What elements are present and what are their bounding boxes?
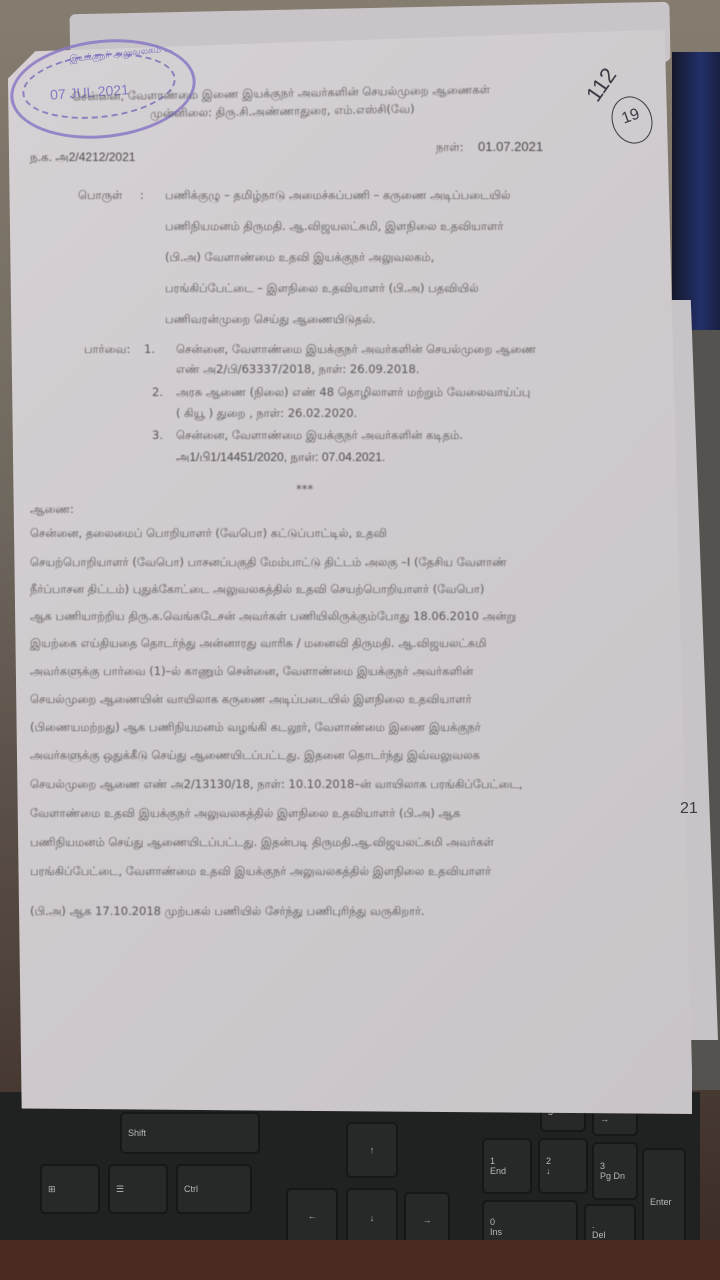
subject-line: பரங்கிப்பேட்டை – இளநிலை உதவியாளர் (பி.அ)… [165, 281, 479, 297]
references-label: பார்வை: [84, 342, 130, 358]
reference-line: அ1/பி1/14451/2020, நாள்: 07.04.2021. [176, 450, 385, 466]
reference-number-1: 1. [144, 342, 155, 356]
date-label: நாள்: [436, 140, 464, 156]
numpad-3-key[interactable]: 3 Pg Dn [592, 1142, 638, 1200]
order-line: செயற்பொறியாளர் (வேபொ) பாசனப்பகுதி மேம்பா… [30, 555, 507, 571]
blue-folder [672, 52, 720, 342]
reference-number: ந.க. அ2/4212/2021 [30, 150, 135, 166]
section-divider: *** [296, 482, 313, 496]
order-line: செயல்முறை ஆணையின் வாயிலாக கருணை அடிப்படை… [30, 692, 472, 708]
subject-line: பணிக்குழு – தமிழ்நாடு அமைச்சுப்பணி – கரு… [165, 188, 511, 204]
arrow-up-key[interactable]: ↑ [346, 1122, 398, 1178]
order-line: வேளாண்மை உதவி இயக்குநர் அலுவலகத்தில் இளந… [30, 806, 460, 822]
order-line: (பிணையமற்றது) ஆக பணிநியமனம் வழங்கி கடலூர… [30, 720, 481, 736]
order-line: (பி.அ) ஆக 17.10.2018 முற்பகல் பணியில் சே… [30, 904, 425, 920]
reference-number-2: 2. [152, 385, 163, 399]
order-label: ஆணை: [30, 502, 74, 518]
order-line: பணிநியமனம் செய்து ஆணையிடப்பட்டது. இதன்பட… [30, 835, 494, 851]
order-line: ஆக பணியாற்றிய திரு.க.வெங்கடேசன் அவர்கள் … [30, 609, 516, 625]
order-line: செயல்முறை ஆணை எண் அ2/13130/18, நாள்: 10.… [30, 777, 522, 793]
windows-key[interactable]: ⊞ [40, 1164, 100, 1214]
numpad-1-key[interactable]: 1 End [482, 1138, 532, 1194]
order-line: அவர்களுக்கு ஒதுக்கீடு செய்து ஆணையிடப்பட்… [30, 748, 480, 764]
order-line: சென்னை, தலைமைப் பொறியாளர் (வேபொ) கட்டுப்… [30, 526, 387, 542]
subject-separator: : [140, 188, 144, 202]
menu-key[interactable]: ☰ [108, 1164, 168, 1214]
order-date: 01.07.2021 [478, 139, 543, 154]
order-line: பரங்கிப்பேட்டை, வேளாண்மை உதவி இயக்குநர் … [30, 864, 491, 880]
reference-number-3: 3. [152, 428, 163, 442]
numpad-2-key[interactable]: 2 ↓ [538, 1138, 588, 1194]
arrow-down-key[interactable]: ↓ [346, 1188, 398, 1248]
reference-line: அரசு ஆணை (நிலை) எண் 48 தொழிலாளர் மற்றும்… [176, 385, 530, 401]
desk-surface [0, 1240, 720, 1280]
subject-line: பணிவரன்முறை செய்து ஆணையிடுதல். [165, 312, 376, 328]
reference-line: எண் அ2/பி/63337/2018, நாள்: 26.09.2018. [176, 362, 419, 378]
ctrl-key[interactable]: Ctrl [176, 1164, 252, 1214]
handwritten-margin-note: 21 [680, 800, 698, 818]
subject-line: பணிநியமனம் திருமதி. ஆ.விஜயலட்சுமி, இளநில… [165, 219, 503, 235]
subject-label: பொருள் [78, 188, 123, 204]
order-line: அவர்களுக்கு பார்வை (1)–ல் காணும் சென்னை,… [30, 664, 473, 680]
arrow-left-key[interactable]: ← [286, 1188, 338, 1244]
subject-line: (பி.அ) வேளாண்மை உதவி இயக்குநர் அலுவலகம், [165, 250, 434, 266]
reference-line: ( கியூ ) துறை , நாள்: 26.02.2020. [176, 406, 357, 422]
reference-line: சென்னை, வேளாண்மை இயக்குநர் அவர்களின் கடி… [176, 428, 463, 444]
keyboard: Shift ⊞ ☰ Ctrl ↑ ← ↓ → 5 6 → 1 End 2 ↓ 3… [0, 1092, 700, 1252]
shift-key[interactable]: Shift [120, 1112, 260, 1154]
order-line: இயற்கை எய்தியதை தொடர்ந்து அன்னாரது வாரிச… [30, 636, 487, 652]
order-line: நீர்ப்பாசன திட்டம்) புதுக்கோட்டை அலுவலகத… [30, 582, 484, 598]
reference-line: சென்னை, வேளாண்மை இயக்குநர் அவர்களின் செய… [176, 342, 536, 358]
